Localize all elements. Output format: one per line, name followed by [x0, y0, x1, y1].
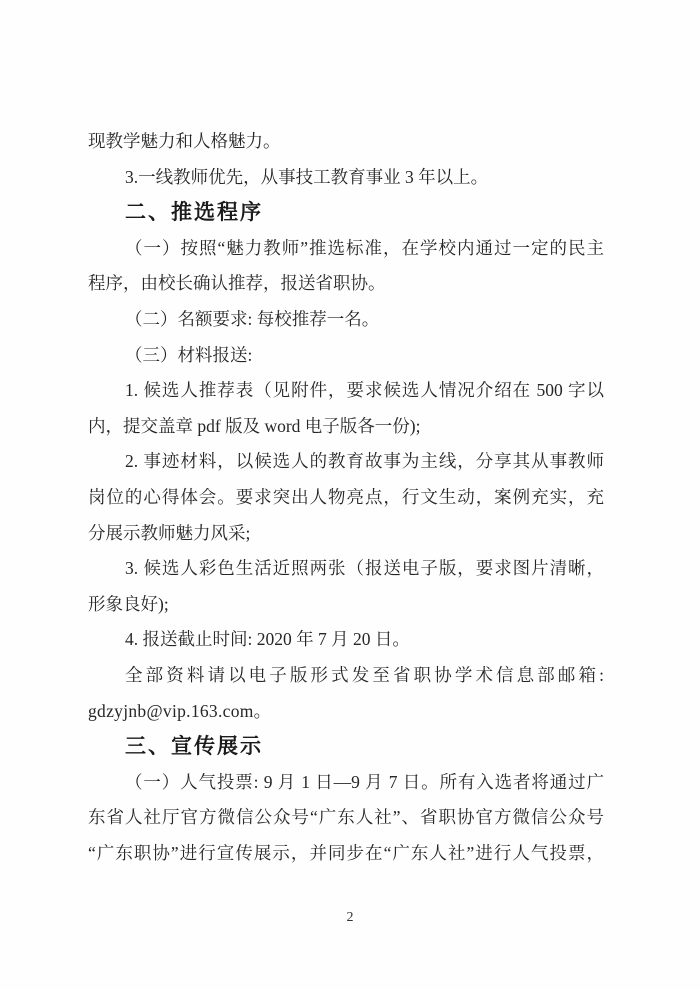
- body-text-line: （一）人气投票: 9 月 1 日—9 月 7 日。所有入选者将通过广: [88, 765, 604, 801]
- body-text-line: 现教学魅力和人格魅力。: [88, 124, 604, 160]
- body-text-line: “广东职协”进行宣传展示，并同步在“广东人社”进行人气投票，: [88, 836, 604, 872]
- body-text-line: 分展示教师魅力风采;: [88, 516, 604, 552]
- body-text-line: （三）材料报送:: [88, 338, 604, 374]
- body-text-line: 东省人社厅官方微信公众号“广东人社”、省职协官方微信公众号: [88, 800, 604, 836]
- email-line: gdzyjnb@vip.163.com。: [88, 694, 604, 730]
- body-text-line: 程序，由校长确认推荐，报送省职协。: [88, 266, 604, 302]
- body-text-line: 内，提交盖章 pdf 版及 word 电子版各一份);: [88, 409, 604, 445]
- body-text-line: 岗位的心得体会。要求突出人物亮点，行文生动，案例充实，充: [88, 480, 604, 516]
- body-text-line: （一）按照“魅力教师”推选标准，在学校内通过一定的民主: [88, 231, 604, 267]
- section-heading: 二、推选程序: [88, 195, 604, 231]
- section-heading: 三、宣传展示: [88, 729, 604, 765]
- body-text-line: 1. 候选人推荐表（见附件，要求候选人情况介绍在 500 字以: [88, 373, 604, 409]
- body-text-line: 3.一线教师优先，从事技工教育事业 3 年以上。: [88, 160, 604, 196]
- page-number: 2: [0, 908, 700, 928]
- body-text-line: 2. 事迹材料，以候选人的教育故事为主线，分享其从事教师: [88, 444, 604, 480]
- body-text-line: 形象良好);: [88, 587, 604, 623]
- document-body: 现教学魅力和人格魅力。 3.一线教师优先，从事技工教育事业 3 年以上。 二、推…: [88, 124, 604, 871]
- document-page: 现教学魅力和人格魅力。 3.一线教师优先，从事技工教育事业 3 年以上。 二、推…: [0, 0, 700, 990]
- body-text-line: 全部资料请以电子版形式发至省职协学术信息部邮箱:: [88, 658, 604, 694]
- body-text-line: 4. 报送截止时间: 2020 年 7 月 20 日。: [88, 622, 604, 658]
- body-text-line: （二）名额要求: 每校推荐一名。: [88, 302, 604, 338]
- body-text-line: 3. 候选人彩色生活近照两张（报送电子版，要求图片清晰，: [88, 551, 604, 587]
